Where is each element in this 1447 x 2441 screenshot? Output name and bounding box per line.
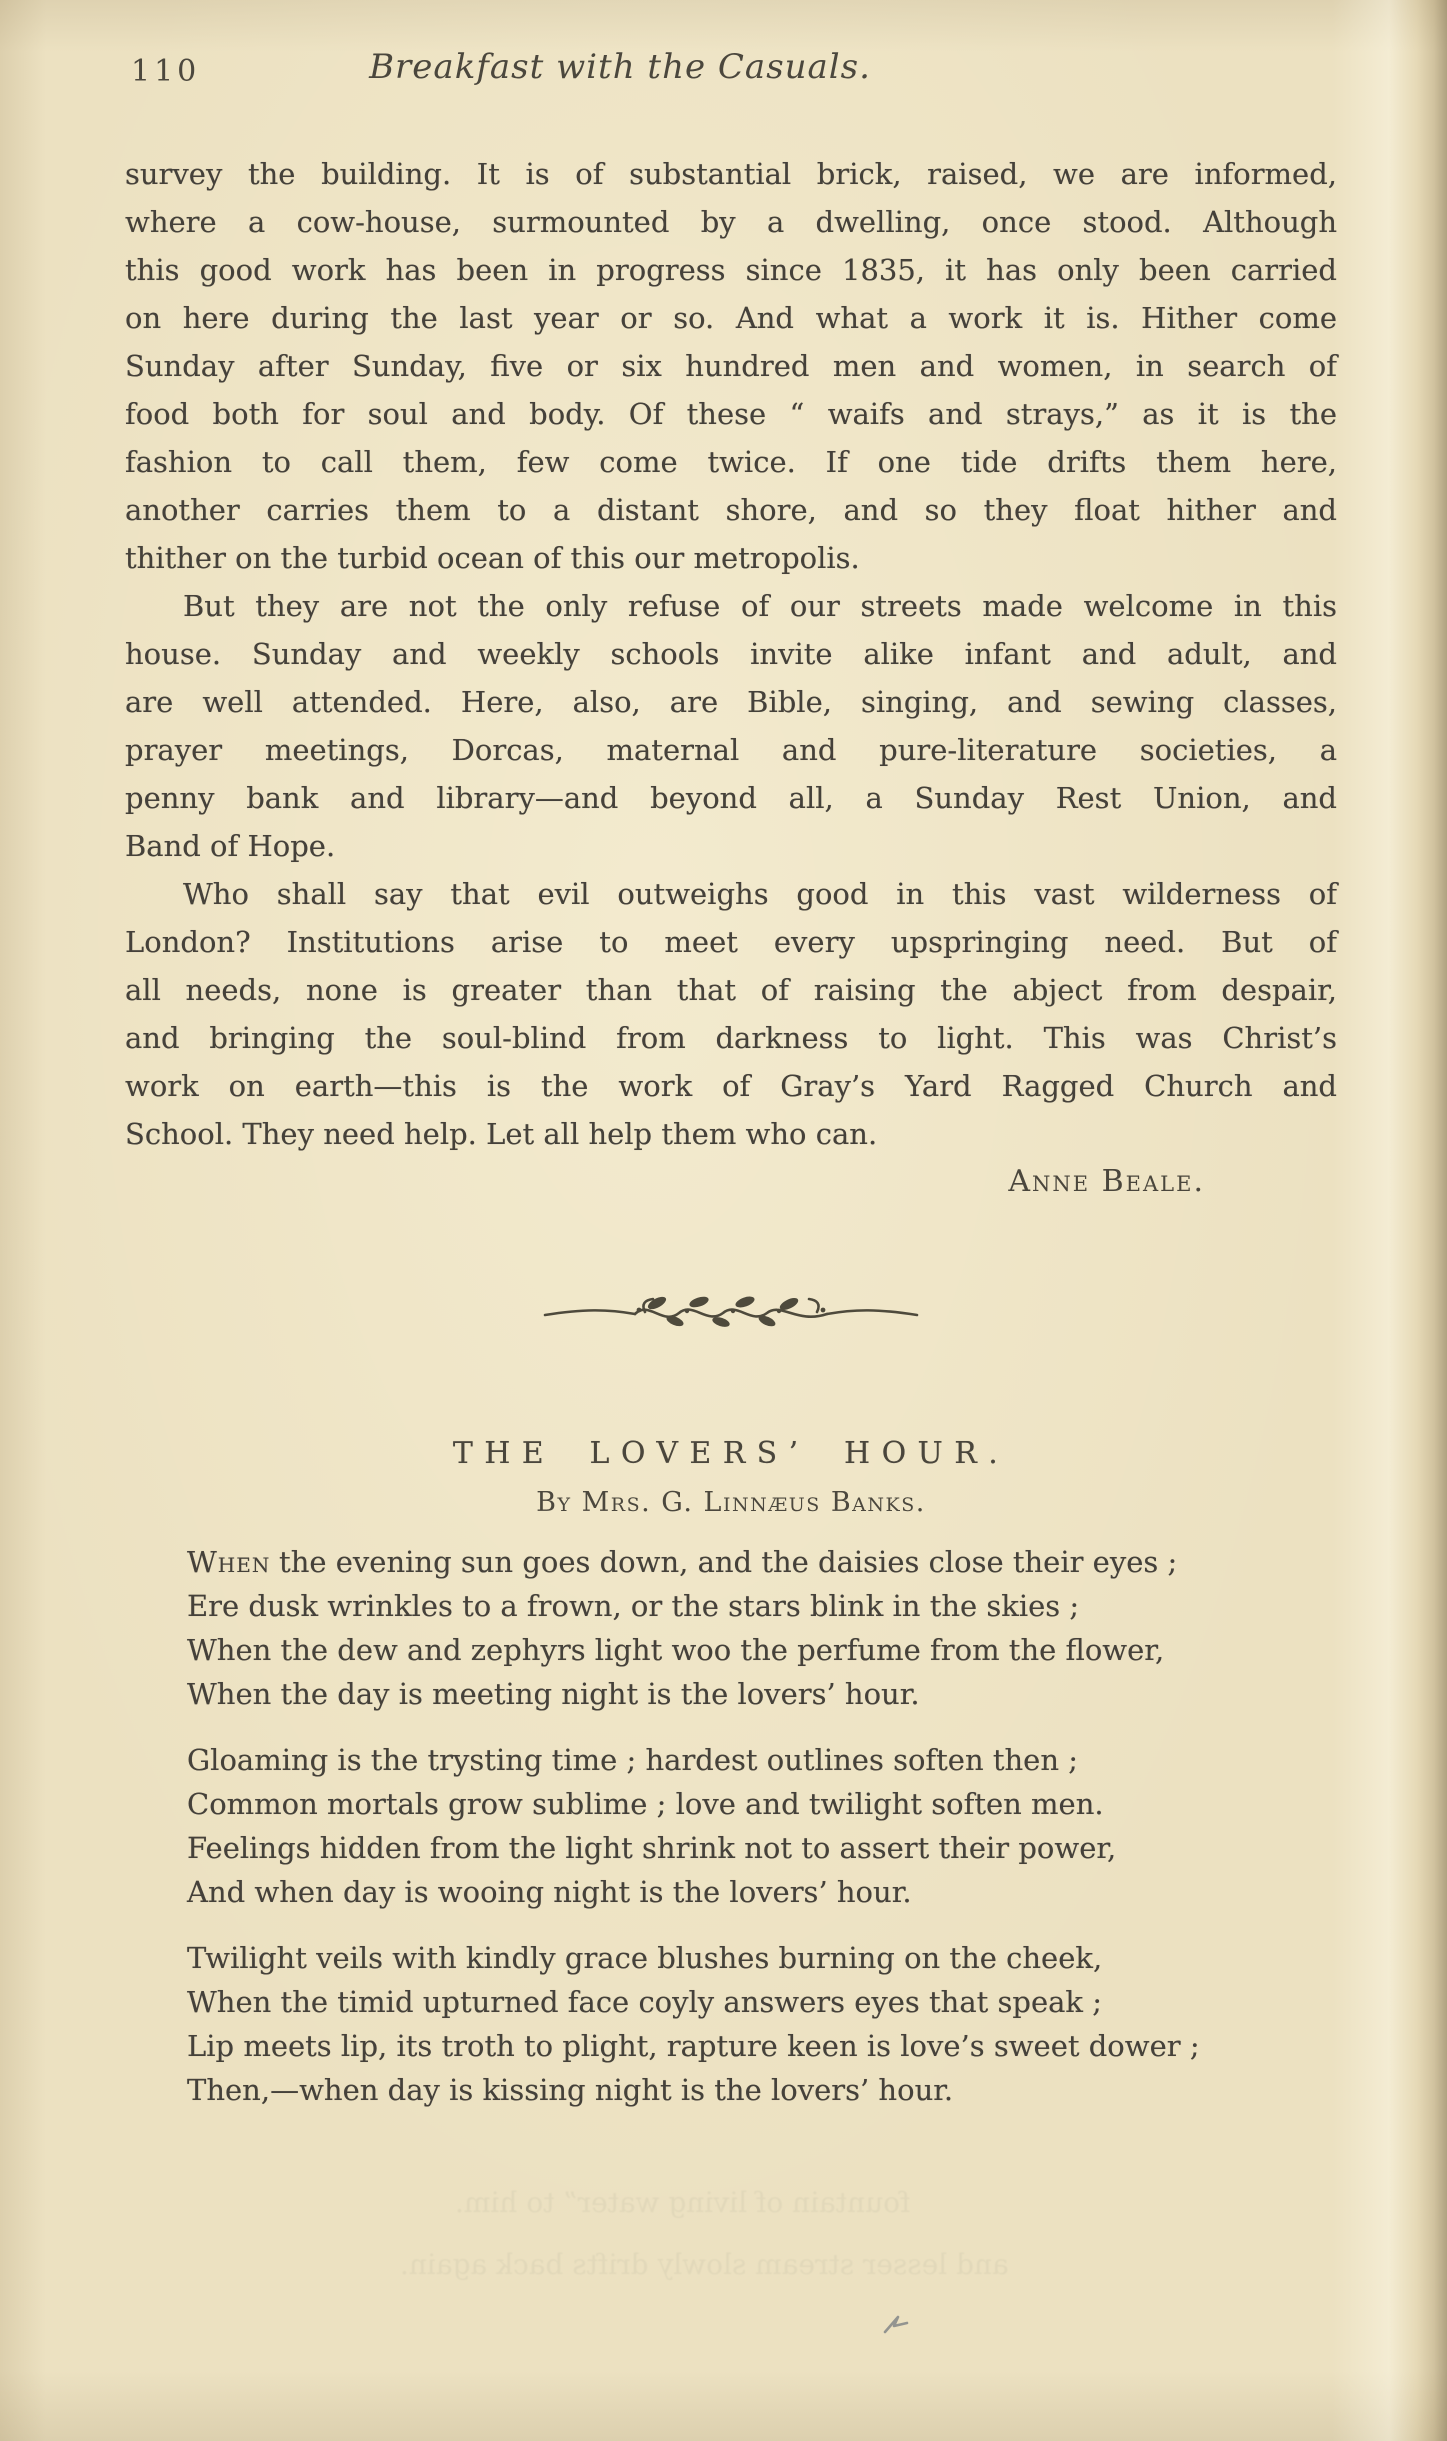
prose-line: this good work has been in progress sinc…	[125, 246, 1337, 294]
poem-stanza: Twilight veils with kindly grace blushes…	[125, 1936, 1337, 2112]
ghost-show-through-line: fountain of living water” to him.	[455, 2186, 910, 2219]
prose-line: Sunday after Sunday, five or six hundred…	[125, 342, 1337, 390]
floral-divider-icon	[541, 1290, 921, 1334]
poem-line: And when day is wooing night is the love…	[187, 1870, 1337, 1914]
prose-line: Who shall say that evil outweighs good i…	[125, 870, 1337, 918]
poem-stanza: Gloaming is the trysting time ; hardest …	[125, 1738, 1337, 1914]
prose-line: food both for soul and body. Of these “ …	[125, 390, 1337, 438]
poem-line: When the timid upturned face coyly answe…	[187, 1980, 1337, 2024]
lead-small-caps: When	[187, 1545, 270, 1579]
prose-line: work on earth—this is the work of Gray’s…	[125, 1062, 1337, 1110]
section-divider	[125, 1290, 1337, 1334]
poem-line: Feelings hidden from the light shrink no…	[187, 1826, 1337, 1870]
poem-line: Ere dusk wrinkles to a frown, or the sta…	[187, 1584, 1337, 1628]
prose-line: fashion to call them, few come twice. If…	[125, 438, 1337, 486]
prose-line: where a cow-house, surmounted by a dwell…	[125, 198, 1337, 246]
paragraph: survey the building. It is of substantia…	[125, 150, 1337, 582]
prose-line: another carries them to a distant shore,…	[125, 486, 1337, 534]
poem-line: Gloaming is the trysting time ; hardest …	[187, 1738, 1337, 1782]
book-page: 110 Breakfast with the Casuals. survey t…	[0, 0, 1447, 2441]
poem-line: When the day is meeting night is the lov…	[187, 1672, 1337, 1716]
running-title: Breakfast with the Casuals.	[0, 47, 1240, 87]
prose-line: are well attended. Here, also, are Bible…	[125, 678, 1337, 726]
prose-line: on here during the last year or so. And …	[125, 294, 1337, 342]
paragraph: But they are not the only refuse of our …	[125, 582, 1337, 870]
prose-line: house. Sunday and weekly schools invite …	[125, 630, 1337, 678]
prose-line: penny bank and library—and beyond all, a…	[125, 774, 1337, 822]
text-block: survey the building. It is of substantia…	[125, 150, 1337, 2112]
prose-line: prayer meetings, Dorcas, maternal and pu…	[125, 726, 1337, 774]
poem-title: THE LOVERS’ HOUR.	[125, 1436, 1337, 1471]
prose-line: London? Institutions arise to meet every…	[125, 918, 1337, 966]
prose-line: But they are not the only refuse of our …	[125, 582, 1337, 630]
prose-line: all needs, none is greater than that of …	[125, 966, 1337, 1014]
poem-line: Twilight veils with kindly grace blushes…	[187, 1936, 1337, 1980]
prose-line: and bringing the soul-blind from darknes…	[125, 1014, 1337, 1062]
prose-line: Band of Hope.	[125, 822, 1337, 870]
poem-line: When the dew and zephyrs light woo the p…	[187, 1628, 1337, 1672]
poem-line: Common mortals grow sublime ; love and t…	[187, 1782, 1337, 1826]
poem-stanza: Whenthe evening sun goes down, and the d…	[125, 1540, 1337, 1716]
paragraph: Who shall say that evil outweighs good i…	[125, 870, 1337, 1158]
poem-line: Whenthe evening sun goes down, and the d…	[187, 1540, 1337, 1584]
poem-line: Lip meets lip, its troth to plight, rapt…	[187, 2024, 1337, 2068]
poem-byline: By Mrs. G. Linnæus Banks.	[125, 1487, 1337, 1518]
prose-line: survey the building. It is of substantia…	[125, 150, 1337, 198]
pencil-mark-icon	[882, 2312, 912, 2336]
prose-line: School. They need help. Let all help the…	[125, 1110, 1337, 1158]
poem-line: Then,—when day is kissing night is the l…	[187, 2068, 1337, 2112]
author-signature: Anne Beale.	[125, 1158, 1337, 1206]
prose-line: thither on the turbid ocean of this our …	[125, 534, 1337, 582]
poem-line-rest: the evening sun goes down, and the daisi…	[279, 1545, 1177, 1579]
ghost-show-through-line: and lesser stream slowly drifts back aga…	[400, 2248, 1009, 2281]
